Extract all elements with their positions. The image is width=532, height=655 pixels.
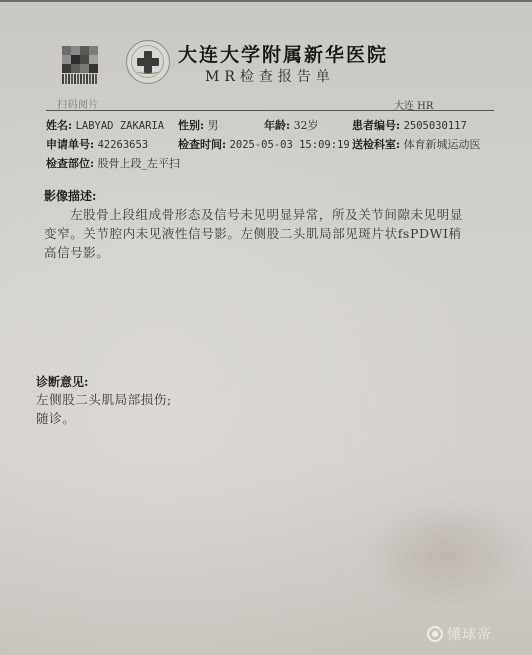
patient-id-value: 2505030117 [404,120,467,132]
exam-time-label: 检查时间: [178,138,226,151]
age-field: 年龄: 32岁 [264,117,319,133]
qr-code [62,46,98,84]
findings-text: 左股骨上段组成骨形态及信号未见明显异常，所及关节间隙未见明显变窄。关节腔内未见液… [44,205,474,262]
scan-to-view-label: 扫码阅片 [57,96,99,111]
patient-name-field: 姓名: LABYAD ZAKARIA [46,117,164,133]
age-label: 年龄: [264,119,290,132]
header-divider [46,110,494,111]
ball-logo-icon [427,626,443,642]
diagnosis-line-2: 随诊。 [36,409,75,428]
exam-site-label: 检查部位: [46,157,94,170]
department-field: 送检科室: 体育新城运动医 [352,136,481,152]
exam-time-field: 检查时间: 2025-05-03 15:09:19 [178,136,350,152]
patient-name-value: LABYAD ZAKARIA [76,120,165,132]
exam-site-value: 股骨上段_左平扫 [98,157,181,170]
hospital-logo-icon [126,40,170,84]
photo-top-edge [0,0,532,2]
patient-id-field: 患者编号: 2505030117 [352,117,467,133]
report-title: MR检查报告单 [205,66,335,86]
sex-label: 性别: [178,119,204,132]
patient-name-label: 姓名: [46,119,72,132]
diagnosis-line-1: 左侧股二头肌局部损伤; [36,390,172,409]
paper-shadow [360,500,530,610]
sex-value: 男 [208,119,219,132]
request-no-label: 申请单号: [46,138,94,151]
findings-title: 影像描述: [44,187,96,204]
watermark: 懂球帝 [427,624,492,644]
qr-code-strip [62,74,98,84]
exam-site-field: 检查部位: 股骨上段_左平扫 [46,155,180,171]
hospital-name: 大连大学附属新华医院 [178,40,388,67]
age-value: 32岁 [294,119,319,132]
department-label: 送检科室: [352,138,400,151]
department-value: 体育新城运动医 [404,138,481,151]
sex-field: 性别: 男 [178,117,219,133]
exam-time-value: 2025-05-03 15:09:19 [230,139,350,151]
diagnosis-title: 诊断意见: [36,373,88,390]
request-no-field: 申请单号: 42263653 [46,136,148,152]
qr-mosaic [62,46,98,73]
request-no-value: 42263653 [98,139,149,151]
watermark-text: 懂球帝 [447,624,492,644]
patient-id-label: 患者编号: [352,119,400,132]
